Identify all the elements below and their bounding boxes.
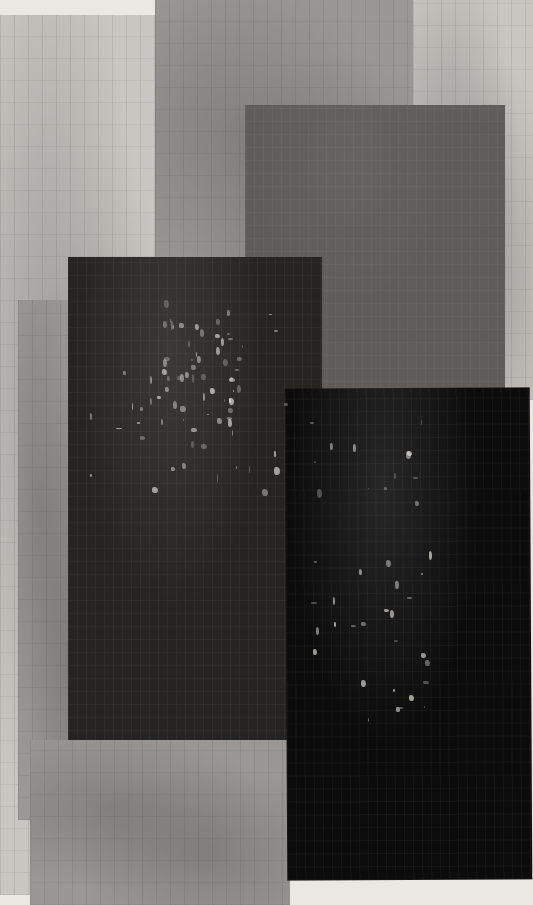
charcoal-block-left: [68, 257, 322, 757]
black-block-right: [285, 387, 533, 880]
artwork-canvas: [0, 0, 533, 905]
gray-ledger-sheet-lower: [30, 740, 290, 905]
